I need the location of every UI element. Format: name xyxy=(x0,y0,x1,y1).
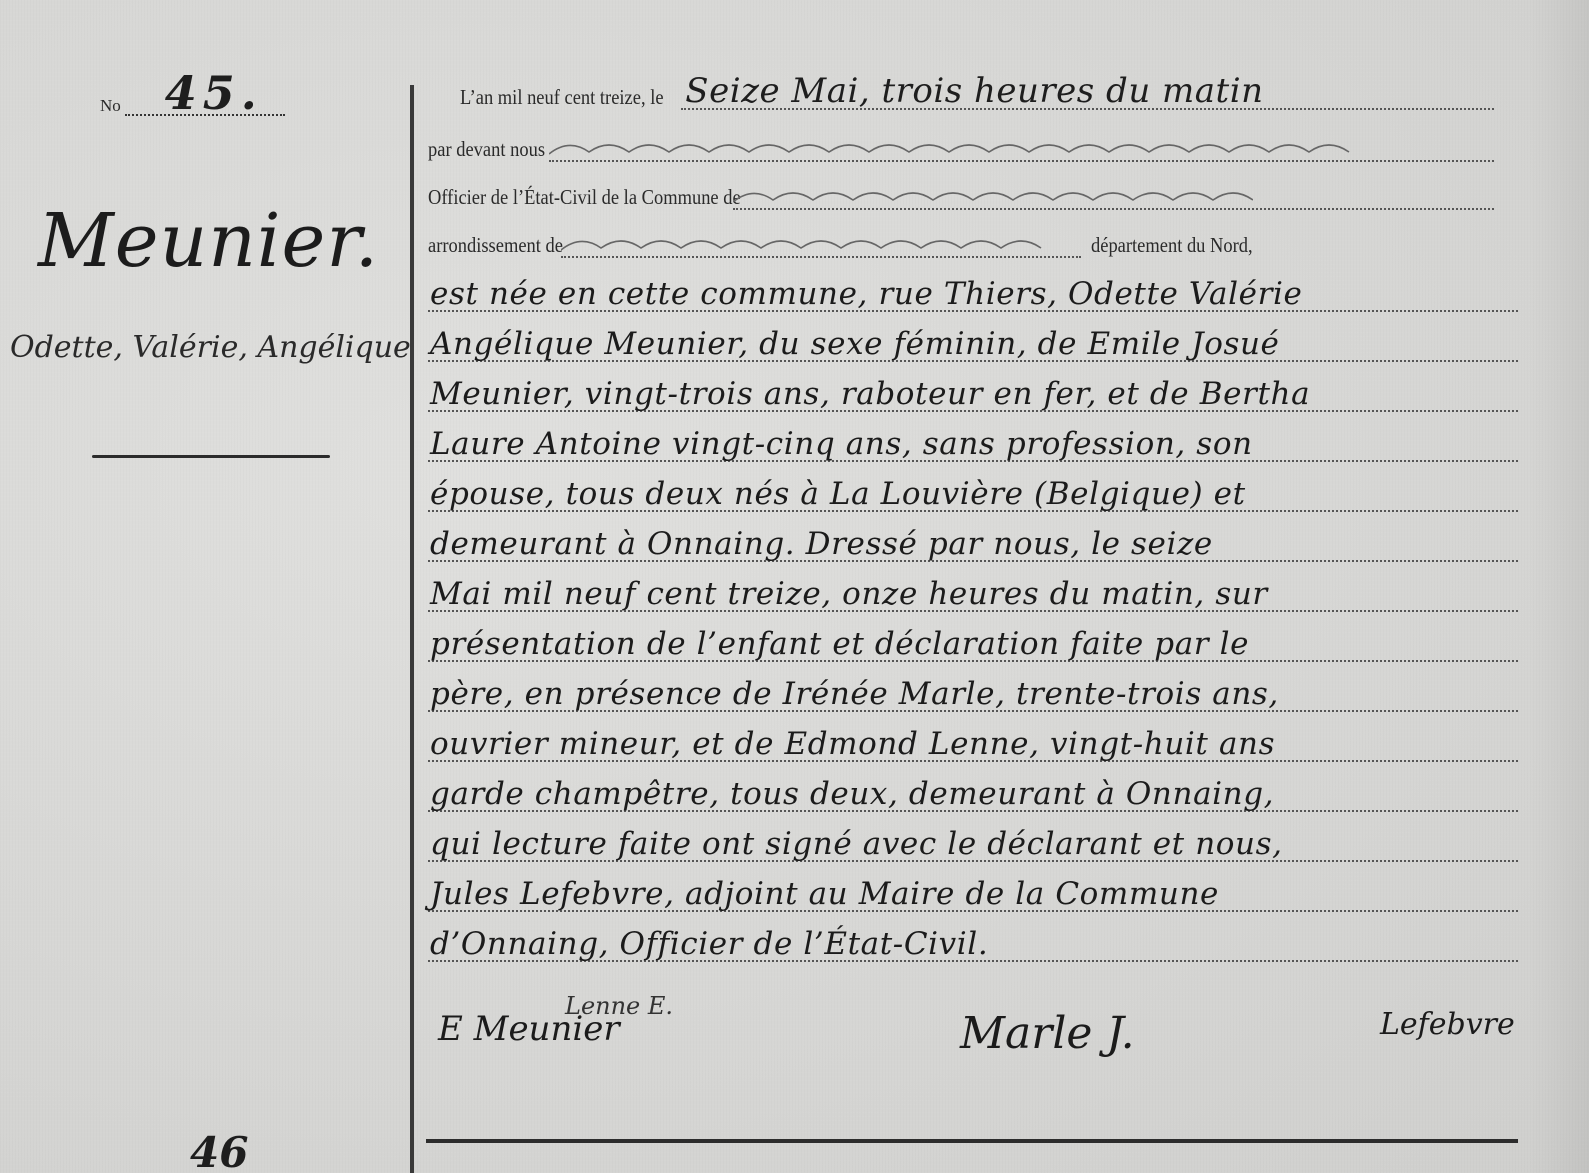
printed-departement: département du Nord, xyxy=(1091,235,1253,258)
body-line-2: Angélique Meunier, du sexe féminin, de E… xyxy=(428,322,1518,362)
body-line-12: qui lecture faite ont signé avec le décl… xyxy=(428,822,1518,862)
form-line-before-us: par devant nous xyxy=(428,122,1494,162)
body-line-3: Meunier, vingt-trois ans, raboteur en fe… xyxy=(428,372,1518,412)
page-edge-shadow xyxy=(1529,0,1589,1173)
printed-arrondissement: arrondissement de xyxy=(428,235,563,258)
body-line-14: d’Onnaing, Officier de l’État-Civil. xyxy=(428,922,1518,962)
printed-officier-commune: Officier de l’État-Civil de la Commune d… xyxy=(428,187,741,210)
number-field: 45. xyxy=(125,92,285,116)
number-label: No xyxy=(100,96,121,116)
form-line-arrondissement: arrondissement de département du Nord, xyxy=(428,218,1494,258)
body-line-5: épouse, tous deux nés à La Louvière (Bel… xyxy=(428,472,1518,512)
next-act-number: 46 xyxy=(190,1128,248,1173)
date-field: Seize Mai, trois heures du matin xyxy=(681,74,1494,110)
column-divider xyxy=(410,85,414,1173)
signature-officer: Lefebvre xyxy=(1380,1010,1515,1040)
body-line-4: Laure Antoine vingt-cinq ans, sans profe… xyxy=(428,422,1518,462)
register-page: No 45. Meunier. Odette, Valérie, Angéliq… xyxy=(0,0,1589,1173)
margin-underline xyxy=(92,455,330,458)
commune-field xyxy=(733,174,1494,210)
body-line-8: présentation de l’enfant et déclaration … xyxy=(428,622,1518,662)
body-line-11: garde champêtre, tous deux, demeurant à … xyxy=(428,772,1518,812)
body-line-6: demeurant à Onnaing. Dressé par nous, le… xyxy=(428,522,1518,562)
printed-par-devant-nous: par devant nous xyxy=(428,139,545,162)
cancel-flourish xyxy=(549,138,1389,156)
body-line-1: est née en cette commune, rue Thiers, Od… xyxy=(428,272,1518,312)
body-line-7: Mai mil neuf cent treize, onze heures du… xyxy=(428,572,1518,612)
body-line-10: ouvrier mineur, et de Edmond Lenne, ving… xyxy=(428,722,1518,762)
officer-name-field xyxy=(549,126,1494,162)
arrondissement-field xyxy=(561,222,1081,258)
signature-witness-marle: Marle J. xyxy=(960,1012,1135,1056)
act-number: No 45. xyxy=(100,92,285,116)
cancel-flourish xyxy=(733,186,1253,204)
act-number-value: 45. xyxy=(165,66,263,120)
body-line-13: Jules Lefebvre, adjoint au Maire de la C… xyxy=(428,872,1518,912)
signature-witness-lenne: Lenne E. xyxy=(565,994,673,1018)
form-line-commune: Officier de l’État-Civil de la Commune d… xyxy=(428,170,1494,210)
margin-surname: Meunier. xyxy=(38,198,379,284)
handwritten-date: Seize Mai, trois heures du matin xyxy=(685,74,1263,108)
act-end-rule xyxy=(426,1139,1518,1143)
left-margin: No 45. Meunier. Odette, Valérie, Angéliq… xyxy=(0,0,412,1173)
form-line-date: L’an mil neuf cent treize, le Seize Mai,… xyxy=(428,70,1494,110)
margin-given-names: Odette, Valérie, Angélique xyxy=(10,330,411,365)
cancel-flourish xyxy=(561,234,1081,252)
body-line-9: père, en présence de Irénée Marle, trent… xyxy=(428,672,1518,712)
printed-date-prefix: L’an mil neuf cent treize, le xyxy=(460,87,664,110)
